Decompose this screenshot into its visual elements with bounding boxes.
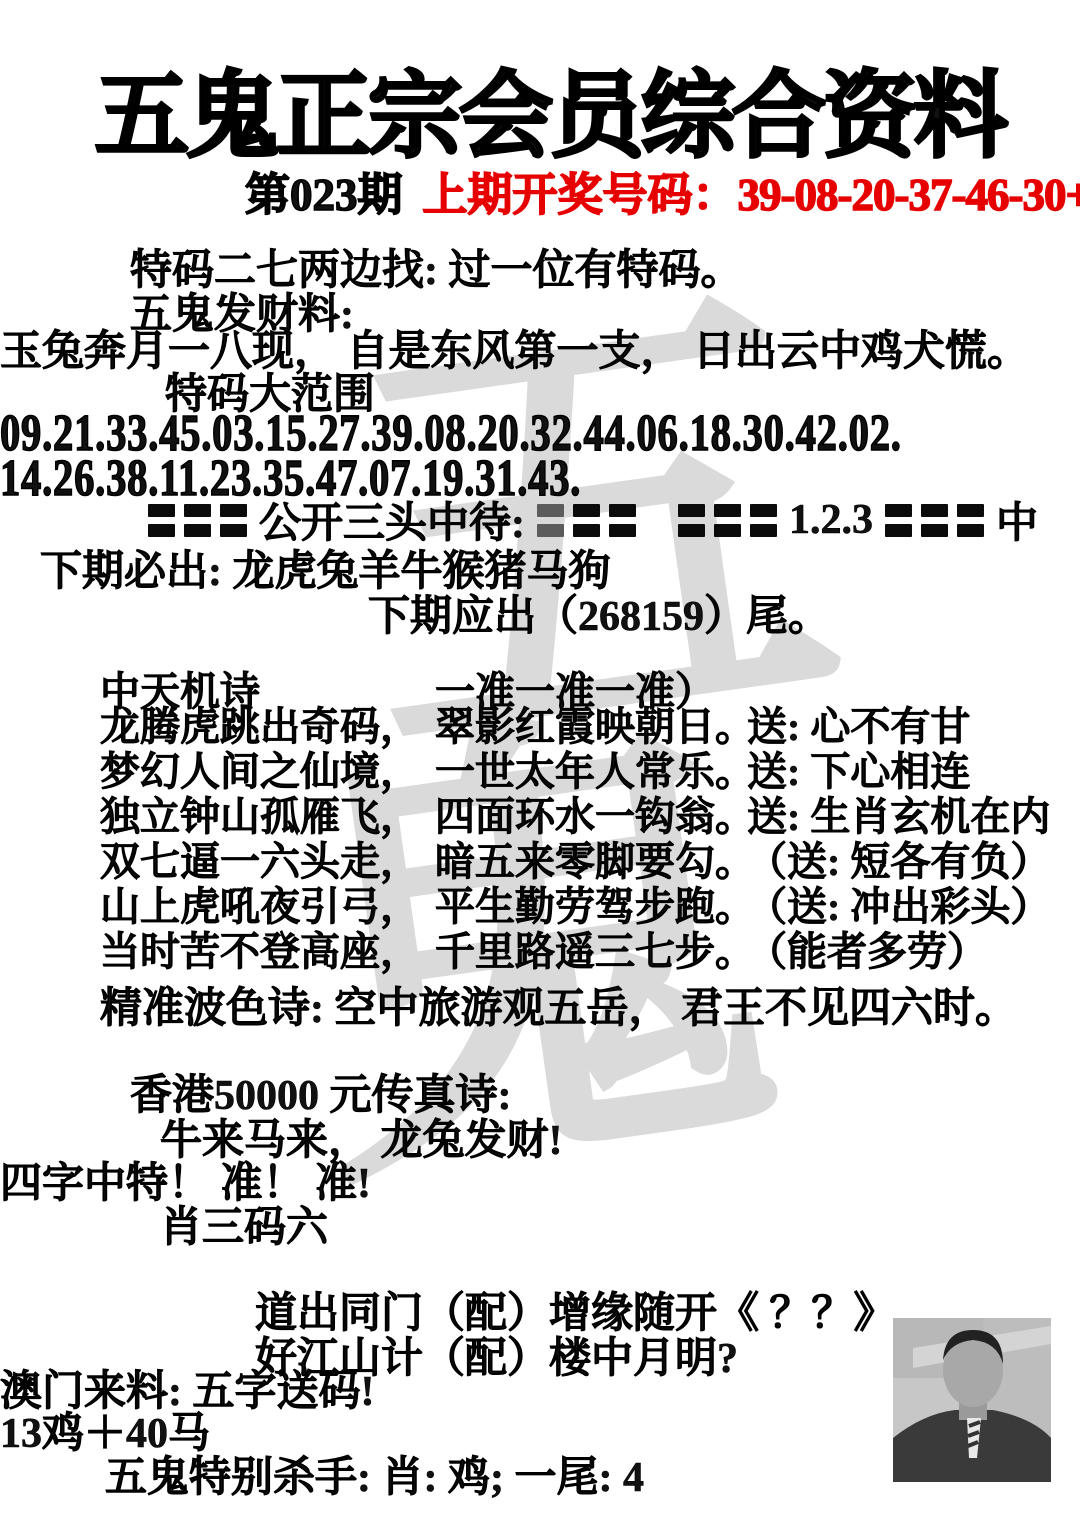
triple-bar-icon [678,504,777,537]
tip-sheet-page: 五 鬼 五鬼正宗会员综合资料 第023期 上期开奖号码：39-08-20-37-… [0,0,1080,1527]
hk-xiao-line: 肖三码六 [160,1194,328,1254]
wave-poem-line: 精准波色诗: 空中旅游观五岳， 君王不见四六时。 [100,975,1017,1035]
last-draw: 上期开奖号码：39-08-20-37-46-30+18 [423,158,1080,223]
triple-bar-icon [148,504,247,537]
issue-row: 第023期 上期开奖号码：39-08-20-37-46-30+18 [245,158,1080,223]
poem-left: 山上虎吼夜引弓， [100,884,435,929]
poem-left: 双七逼一六头走， [100,839,435,884]
poem-left: 独立钟山孤雁飞， [100,794,435,839]
three-heads-numbers: 1.2.3 [789,496,873,544]
page-title: 五鬼正宗会员综合资料 [70,40,1030,175]
poem-mid: 千里路遥三七步。 [435,929,747,974]
poem-left: 梦幻人间之仙境， [100,749,435,794]
tianji-poem: 龙腾虎跳出奇码， 翠影红霞映朝日。 送: 心不有甘 梦幻人间之仙境， 一世太年人… [100,704,1050,974]
three-heads-suffix: 中 [996,490,1038,550]
poem-mid: 暗五来零脚要勾。 [435,839,747,884]
next-should-line: 下期应出（268159）尾。 [368,583,830,643]
poem-mid: 翠影红霞映朝日。 [435,704,747,749]
issue-number: 第023期 [245,158,403,223]
poem-gift: 送: 心不有甘 [747,704,1050,749]
poem-left: 当时苦不登高座， [100,929,435,974]
last-draw-label: 上期开奖号码： [423,170,738,220]
poem-gift: 送: 生肖玄机在内 [747,794,1050,839]
poem-gift: （送: 短各有负） [747,839,1050,884]
poem-gift: 送: 下心相连 [747,749,1050,794]
portrait-photo [893,1318,1051,1496]
poem-left: 龙腾虎跳出奇码， [100,704,435,749]
poem-mid: 四面环水一钩翁。 [435,794,747,839]
poem-gift: （送: 冲出彩头） [747,884,1050,929]
poem-mid: 平生勤劳驾步跑。 [435,884,747,929]
poem-gift: （能者多劳） [747,929,1050,974]
poem-mid: 一世太年人常乐。 [435,749,747,794]
triple-bar-icon [537,504,636,537]
wugui-poem: 玉兔奔月一八现， 自是东风第一支， 日出云中鸡犬慌。 [0,318,1029,378]
last-draw-numbers: 39-08-20-37-46-30+18 [738,170,1080,220]
killer-line: 五鬼特别杀手: 肖: 鸡; 一尾: 4 [105,1444,644,1504]
triple-bar-icon [885,504,984,537]
